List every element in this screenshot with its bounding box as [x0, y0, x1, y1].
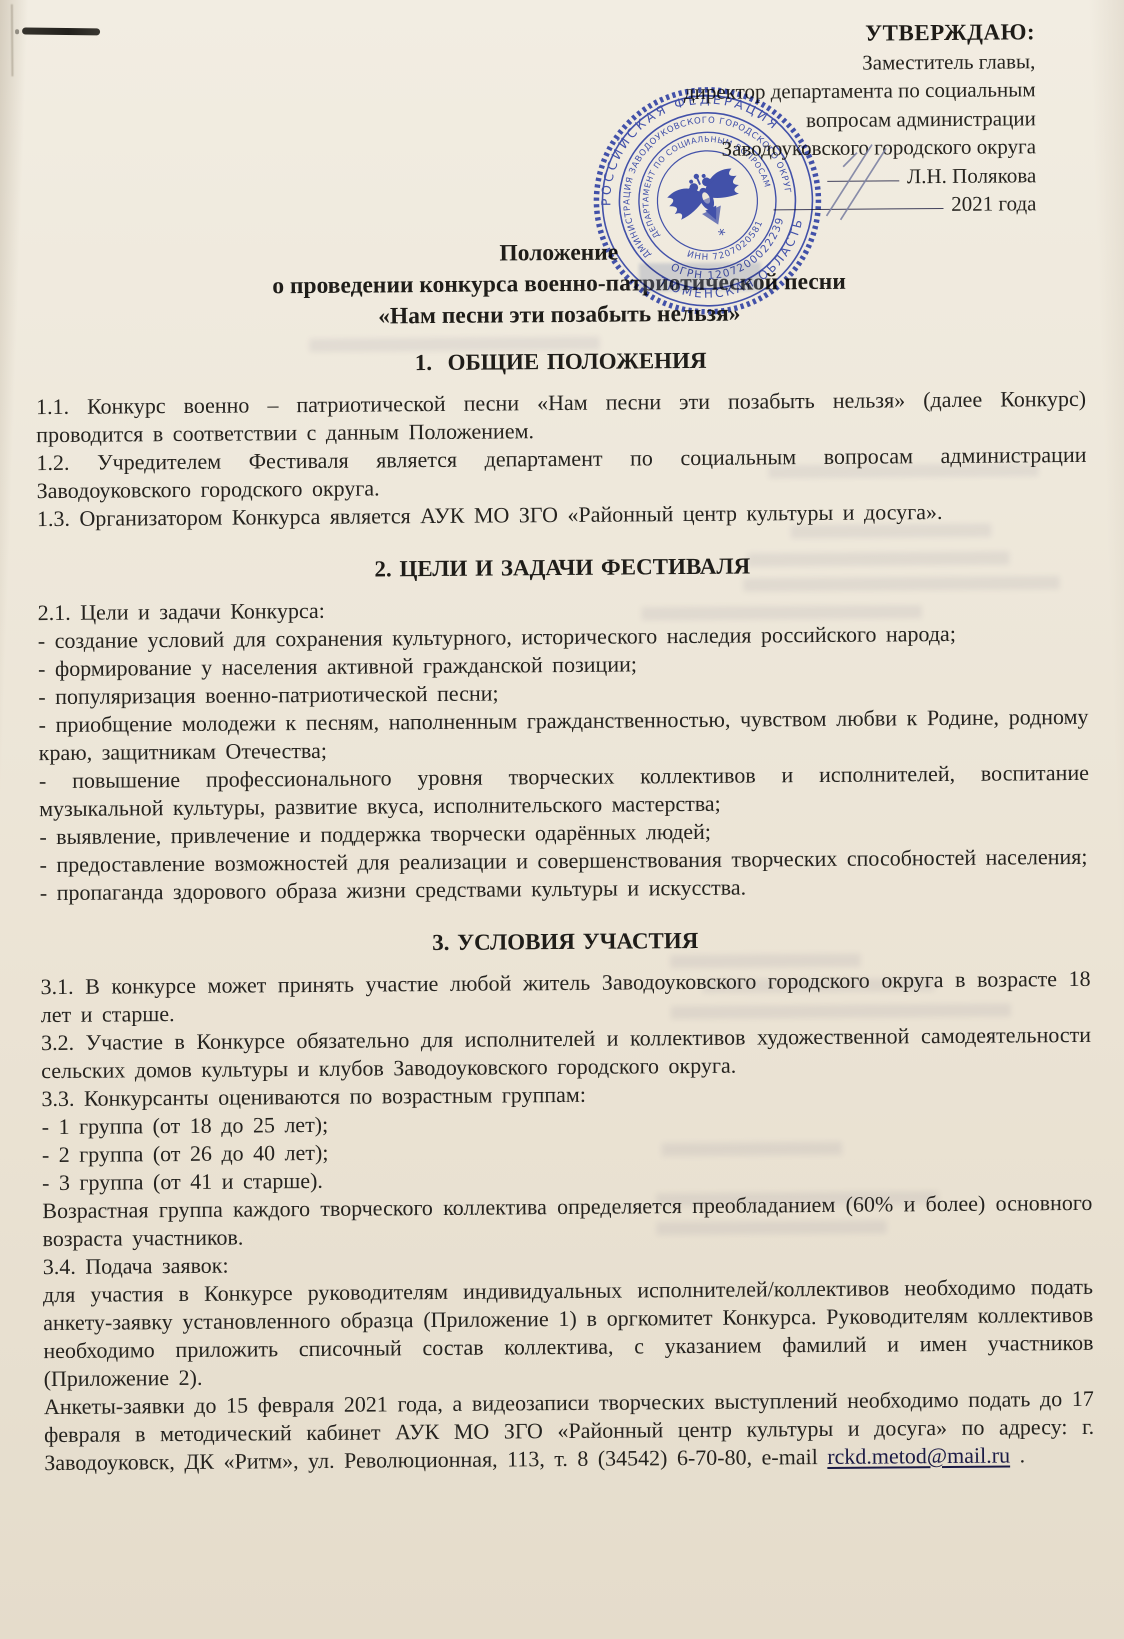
email-link[interactable]: rckd.metod@mail.ru	[827, 1443, 1010, 1469]
contact-text-tail: .	[1010, 1442, 1025, 1467]
section-heading: 3. УСЛОВИЯ УЧАСТИЯ	[40, 924, 1090, 960]
document-body: Положение о проведении конкурса военно-п…	[0, 0, 1124, 1477]
section-heading: 1. ОБЩИЕ ПОЛОЖЕНИЯ	[36, 344, 1086, 380]
contact-paragraph: Анкеты-заявки до 15 февраля 2021 года, а…	[44, 1385, 1095, 1477]
document-title: Положение о проведении конкурса военно-п…	[0, 0, 1121, 335]
scan-mark-artifact	[22, 27, 100, 35]
paragraph: для участия в Конкурсе руководителям инд…	[43, 1273, 1094, 1393]
paragraph: - повышение профессионального уровня тво…	[39, 759, 1089, 823]
section-heading: 2. ЦЕЛИ И ЗАДАЧИ ФЕСТИВАЛЯ	[37, 550, 1087, 586]
scan-patch-artifact	[639, 262, 761, 291]
scan-dot-artifact	[15, 29, 19, 34]
paragraph: 3.2. Участие в Конкурсе обязательно для …	[41, 1021, 1091, 1085]
paragraph: - приобщение молодежи к песням, наполнен…	[38, 703, 1088, 767]
scanned-sheet: УТВЕРЖДАЮ: Заместитель главы, директор д…	[0, 0, 1124, 1639]
paragraph: 1.2. Учредителем Фестиваля является депа…	[36, 441, 1086, 505]
paragraph: Возрастная группа каждого творческого ко…	[42, 1189, 1092, 1253]
paragraph: 3.1. В конкурсе может принять участие лю…	[40, 965, 1090, 1029]
paragraph: 1.1. Конкурс военно – патриотической пес…	[36, 385, 1086, 449]
page: { "colors": { "stamp_blue": "#3445a5", "…	[0, 0, 1124, 1639]
